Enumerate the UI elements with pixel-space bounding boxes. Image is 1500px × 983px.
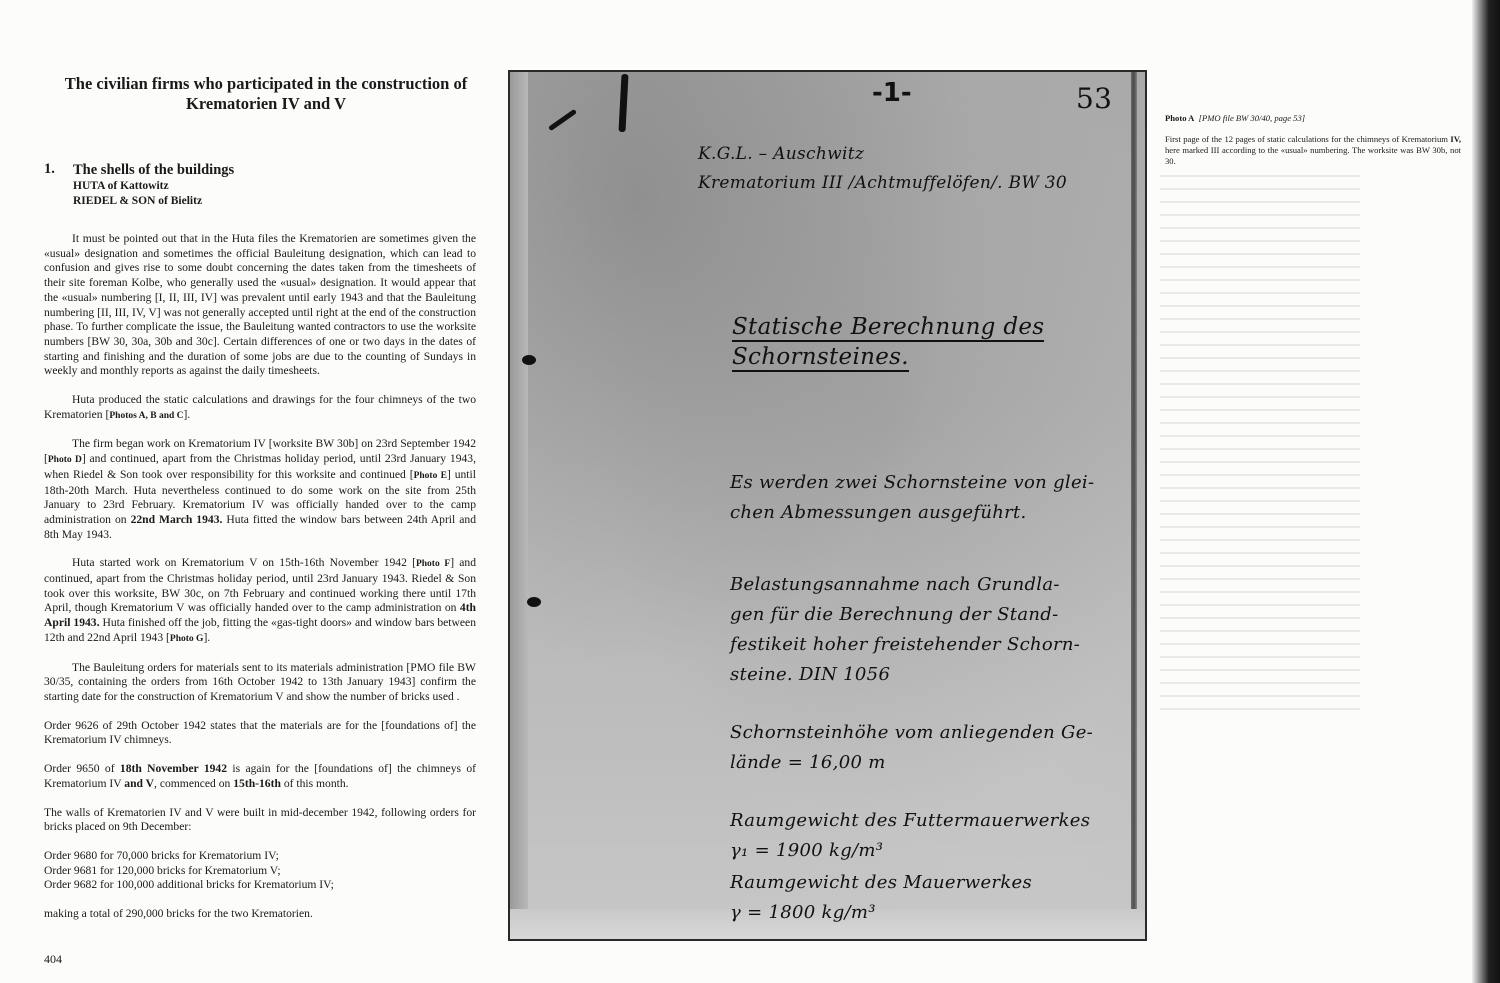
section-subtitle-riedel: RIEDEL & SON of Bielitz: [73, 194, 234, 209]
page-mark: -1-: [872, 78, 912, 108]
punch-hole: [527, 597, 541, 607]
handwritten-line: Raumgewicht des Mauerwerkes: [730, 872, 1032, 893]
folio-number: 53: [1076, 82, 1112, 115]
caption-text: First page of the 12 pages of static cal…: [1165, 134, 1461, 167]
pen-mark: [548, 109, 577, 131]
handwritten-line: lände = 16,00 m: [730, 752, 886, 773]
order-item: Order 9680 for 70,000 bricks for Kremato…: [44, 849, 476, 864]
show-through-text: [1160, 175, 1360, 715]
handwritten-line: Es werden zwei Schornsteine von glei-: [730, 472, 1094, 493]
photo-left-edge: [510, 72, 528, 939]
caption-heading: Photo A [PMO file BW 30/40, page 53]: [1165, 113, 1461, 124]
document-header-line2: Krematorium III /Achtmuffelöfen/. BW 30: [698, 173, 1067, 193]
paragraph-krematorium-v: Huta started work on Krematorium V on 15…: [44, 556, 476, 646]
photo-reference: Photo E: [414, 471, 447, 481]
handwritten-line: γ₁ = 1900 kg/m³: [730, 840, 883, 861]
brick-orders-list: Order 9680 for 70,000 bricks for Kremato…: [44, 849, 476, 893]
paragraph-designations: It must be pointed out that in the Huta …: [44, 232, 476, 379]
document-photo: -1- 53 K.G.L. – Auschwitz Krematorium II…: [508, 70, 1147, 941]
handwritten-line: steine. DIN 1056: [730, 664, 890, 685]
pen-mark: [618, 74, 628, 132]
paragraph-bauleitung-orders: The Bauleitung orders for materials sent…: [44, 661, 476, 705]
book-gutter-shadow: [1472, 0, 1500, 983]
photo-reference: Photo D: [48, 455, 82, 465]
document-heading-line2: Schornsteines.: [732, 344, 909, 372]
left-text-column: The civilian firms who participated in t…: [44, 74, 476, 922]
section-number: 1.: [44, 162, 73, 208]
paragraph-total: making a total of 290,000 bricks for the…: [44, 907, 476, 922]
handwritten-line: Schornsteinhöhe vom anliegenden Ge-: [730, 722, 1093, 743]
paragraph-order-9650: Order 9650 of 18th November 1942 is agai…: [44, 762, 476, 791]
handwritten-line: Belastungsannahme nach Grundla-: [730, 574, 1060, 595]
order-item: Order 9681 for 120,000 bricks for Kremat…: [44, 864, 476, 879]
caption-label: Photo A: [1165, 113, 1194, 123]
paragraph-static-calculations: Huta produced the static calculations an…: [44, 393, 476, 423]
section-title: The shells of the buildings: [73, 162, 234, 179]
photo-caption: Photo A [PMO file BW 30/40, page 53] Fir…: [1165, 113, 1461, 167]
paragraph-walls: The walls of Krematorien IV and V were b…: [44, 806, 476, 835]
paragraph-krematorium-iv: The firm began work on Krematorium IV [w…: [44, 437, 476, 542]
section-subtitle-huta: HUTA of Kattowitz: [73, 179, 234, 194]
photo-reference: Photos A, B and C: [109, 411, 183, 421]
paragraph-order-9626: Order 9626 of 29th October 1942 states t…: [44, 719, 476, 748]
photo-right-edge: [1131, 72, 1137, 919]
handwritten-line: γ = 1800 kg/m³: [730, 902, 876, 923]
order-item: Order 9682 for 100,000 additional bricks…: [44, 878, 476, 893]
handwritten-line: chen Abmessungen ausgeführt.: [730, 502, 1027, 523]
book-spread: The civilian firms who participated in t…: [0, 0, 1500, 983]
handwritten-line: Raumgewicht des Futtermauerwerkes: [730, 810, 1090, 831]
page-number: 404: [44, 952, 62, 967]
section-heading: 1. The shells of the buildings HUTA of K…: [44, 162, 476, 208]
handwritten-line: festikeit hoher freistehender Schorn-: [730, 634, 1080, 655]
document-heading-line1: Statische Berechnung des: [732, 314, 1044, 342]
photo-reference: Photo F: [416, 559, 450, 569]
handwritten-line: gen für die Berechnung der Stand-: [730, 604, 1058, 625]
page-title: The civilian firms who participated in t…: [56, 74, 476, 114]
document-header-line1: K.G.L. – Auschwitz: [698, 144, 864, 164]
caption-source: [PMO file BW 30/40, page 53]: [1199, 113, 1305, 123]
punch-hole: [522, 355, 536, 365]
photo-reference: Photo G: [170, 634, 204, 644]
